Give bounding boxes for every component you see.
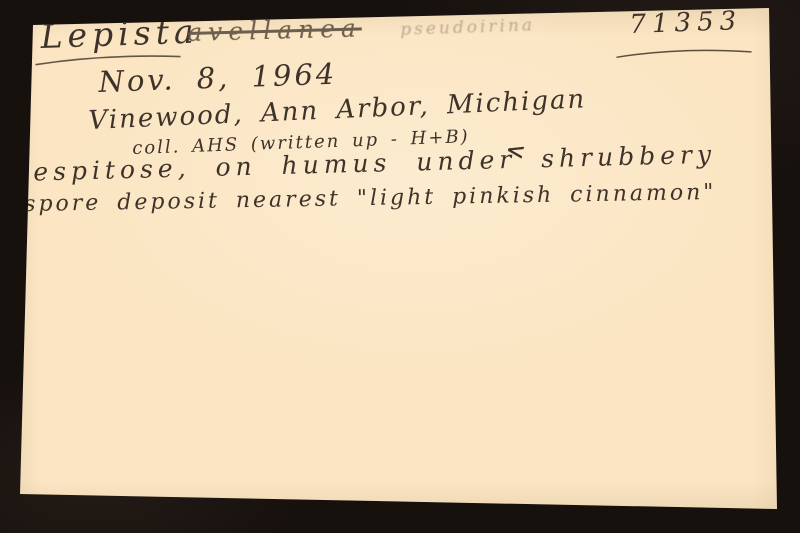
accession-underline [615,43,755,61]
collection-date: Nov. 8, 1964 [98,60,338,97]
species-pencil-annotation: pseudoirina [400,17,535,39]
index-card: Lepista avellanea irina var. pungens pse… [0,0,800,533]
spore-deposit-note: spore deposit nearest "light pinkish cin… [24,182,717,216]
species-name-crossed-out: avellanea [187,15,362,45]
genus-name: Lepista [40,14,199,52]
photo-scene: Lepista avellanea irina var. pungens pse… [0,0,800,533]
species-name-inserted: irina var. pungens [202,0,367,19]
accession-number: 71353 [629,8,743,38]
habit-description: cespitose, on humus under shrubbery [14,142,716,185]
